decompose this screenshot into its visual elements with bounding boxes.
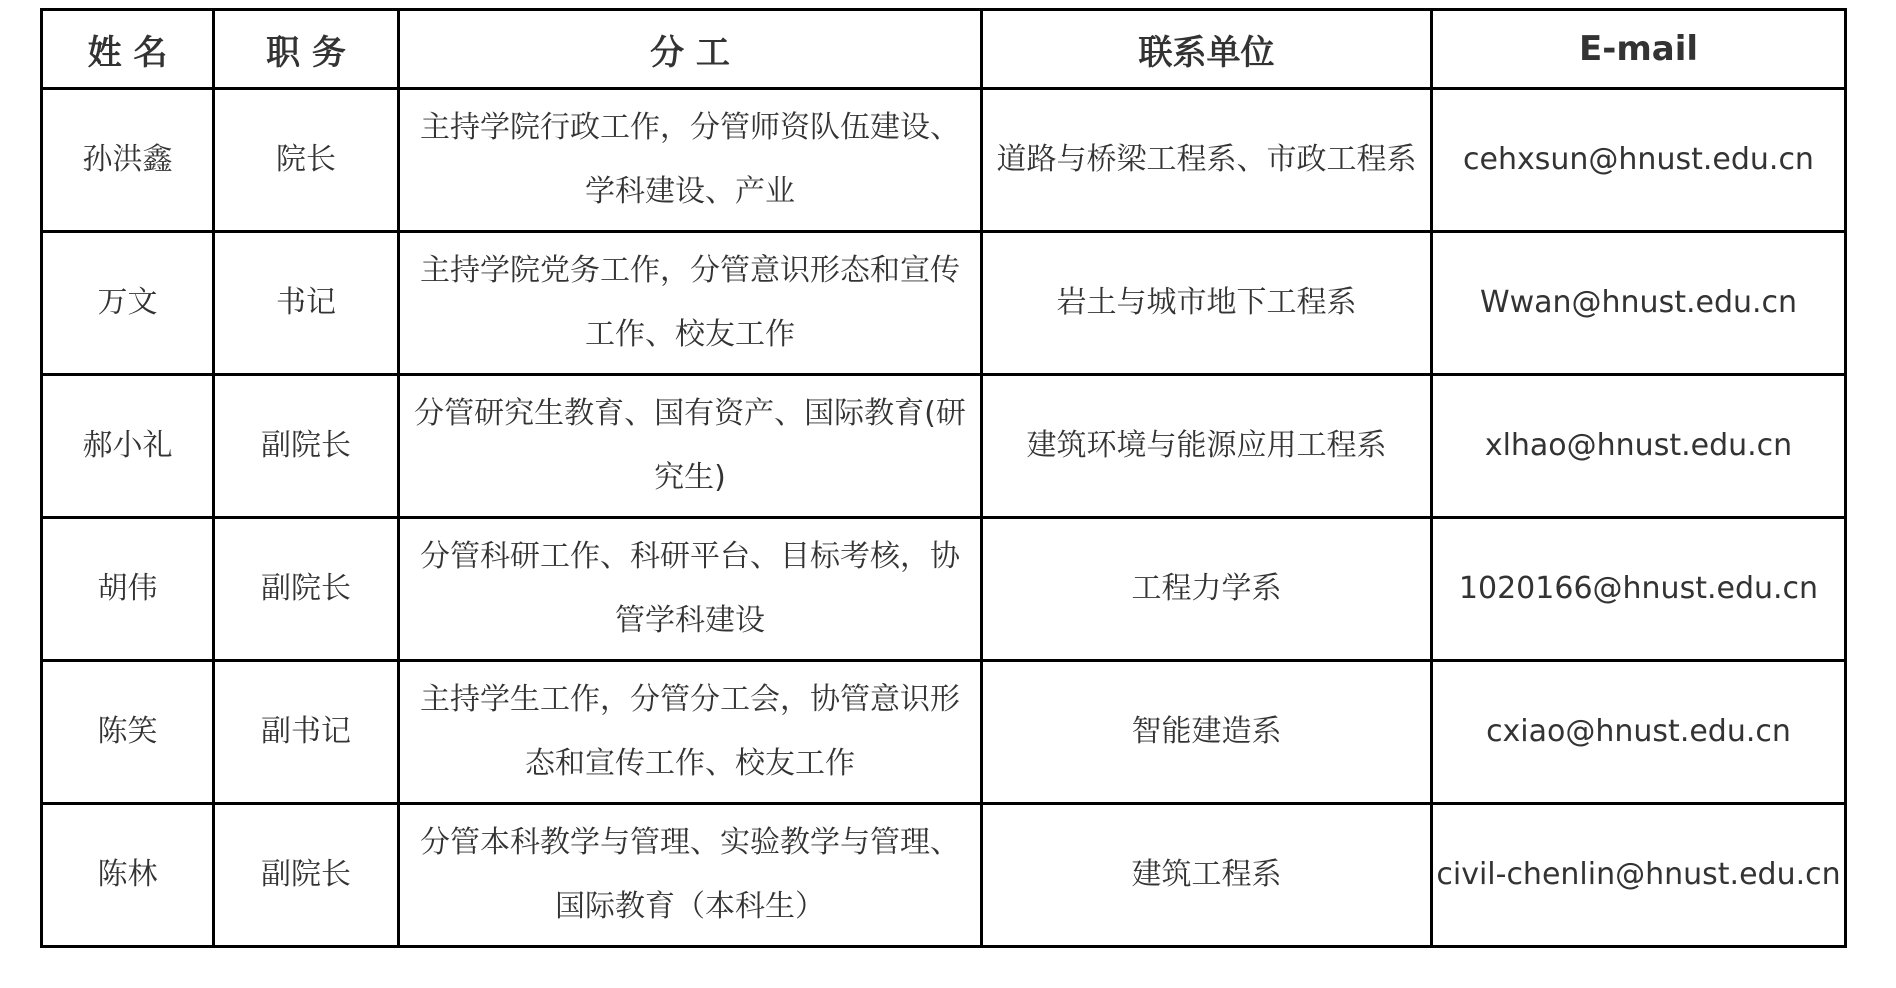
cell-email: cehxsun@hnust.edu.cn bbox=[1432, 89, 1846, 232]
header-position: 职 务 bbox=[214, 10, 399, 89]
table-row: 孙洪鑫 院长 主持学院行政工作，分管师资队伍建设、学科建设、产业 道路与桥梁工程… bbox=[42, 89, 1846, 232]
duties-line: 主持学生工作，分管分工会，协管意识形 bbox=[400, 668, 980, 732]
cell-duties: 主持学院行政工作，分管师资队伍建设、学科建设、产业 bbox=[399, 89, 982, 232]
cell-name: 陈笑 bbox=[42, 661, 214, 804]
duties-line: 主持学院行政工作，分管师资队伍建设、 bbox=[400, 96, 980, 160]
cell-position: 副院长 bbox=[214, 804, 399, 947]
duties-line: 分管研究生教育、国有资产、国际教育(研 bbox=[400, 382, 980, 446]
cell-email: Wwan@hnust.edu.cn bbox=[1432, 232, 1846, 375]
duties-line: 主持学院党务工作，分管意识形态和宣传 bbox=[400, 239, 980, 303]
leadership-table: 姓 名 职 务 分 工 联系单位 E-mail 孙洪鑫 院长 主持学院行政工作，… bbox=[40, 8, 1847, 948]
cell-name: 郝小礼 bbox=[42, 375, 214, 518]
cell-duties: 分管研究生教育、国有资产、国际教育(研究生) bbox=[399, 375, 982, 518]
cell-position: 书记 bbox=[214, 232, 399, 375]
cell-contact-unit: 建筑工程系 bbox=[982, 804, 1432, 947]
cell-duties: 分管本科教学与管理、实验教学与管理、国际教育（本科生） bbox=[399, 804, 982, 947]
cell-contact-unit: 道路与桥梁工程系、市政工程系 bbox=[982, 89, 1432, 232]
table-row: 万文 书记 主持学院党务工作，分管意识形态和宣传工作、校友工作 岩土与城市地下工… bbox=[42, 232, 1846, 375]
cell-name: 胡伟 bbox=[42, 518, 214, 661]
cell-email: 1020166@hnust.edu.cn bbox=[1432, 518, 1846, 661]
header-name: 姓 名 bbox=[42, 10, 214, 89]
cell-email: civil-chenlin@hnust.edu.cn bbox=[1432, 804, 1846, 947]
duties-line: 究生) bbox=[400, 446, 980, 510]
table-row: 胡伟 副院长 分管科研工作、科研平台、目标考核，协管学科建设 工程力学系 102… bbox=[42, 518, 1846, 661]
table-row: 陈林 副院长 分管本科教学与管理、实验教学与管理、国际教育（本科生） 建筑工程系… bbox=[42, 804, 1846, 947]
cell-position: 副书记 bbox=[214, 661, 399, 804]
table-row: 陈笑 副书记 主持学生工作，分管分工会，协管意识形态和宣传工作、校友工作 智能建… bbox=[42, 661, 1846, 804]
cell-position: 副院长 bbox=[214, 375, 399, 518]
header-contact-unit: 联系单位 bbox=[982, 10, 1432, 89]
cell-position: 副院长 bbox=[214, 518, 399, 661]
cell-name: 陈林 bbox=[42, 804, 214, 947]
cell-name: 孙洪鑫 bbox=[42, 89, 214, 232]
header-duties: 分 工 bbox=[399, 10, 982, 89]
cell-email: xlhao@hnust.edu.cn bbox=[1432, 375, 1846, 518]
cell-contact-unit: 岩土与城市地下工程系 bbox=[982, 232, 1432, 375]
duties-line: 管学科建设 bbox=[400, 589, 980, 653]
table-header-row: 姓 名 职 务 分 工 联系单位 E-mail bbox=[42, 10, 1846, 89]
duties-line: 工作、校友工作 bbox=[400, 303, 980, 367]
cell-position: 院长 bbox=[214, 89, 399, 232]
cell-duties: 主持学院党务工作，分管意识形态和宣传工作、校友工作 bbox=[399, 232, 982, 375]
cell-name: 万文 bbox=[42, 232, 214, 375]
duties-line: 学科建设、产业 bbox=[400, 160, 980, 224]
duties-line: 国际教育（本科生） bbox=[400, 875, 980, 939]
duties-line: 态和宣传工作、校友工作 bbox=[400, 732, 980, 796]
cell-email: cxiao@hnust.edu.cn bbox=[1432, 661, 1846, 804]
cell-contact-unit: 智能建造系 bbox=[982, 661, 1432, 804]
cell-duties: 分管科研工作、科研平台、目标考核，协管学科建设 bbox=[399, 518, 982, 661]
cell-contact-unit: 建筑环境与能源应用工程系 bbox=[982, 375, 1432, 518]
duties-line: 分管科研工作、科研平台、目标考核，协 bbox=[400, 525, 980, 589]
duties-line: 分管本科教学与管理、实验教学与管理、 bbox=[400, 811, 980, 875]
header-email: E-mail bbox=[1432, 10, 1846, 89]
cell-duties: 主持学生工作，分管分工会，协管意识形态和宣传工作、校友工作 bbox=[399, 661, 982, 804]
cell-contact-unit: 工程力学系 bbox=[982, 518, 1432, 661]
table-row: 郝小礼 副院长 分管研究生教育、国有资产、国际教育(研究生) 建筑环境与能源应用… bbox=[42, 375, 1846, 518]
